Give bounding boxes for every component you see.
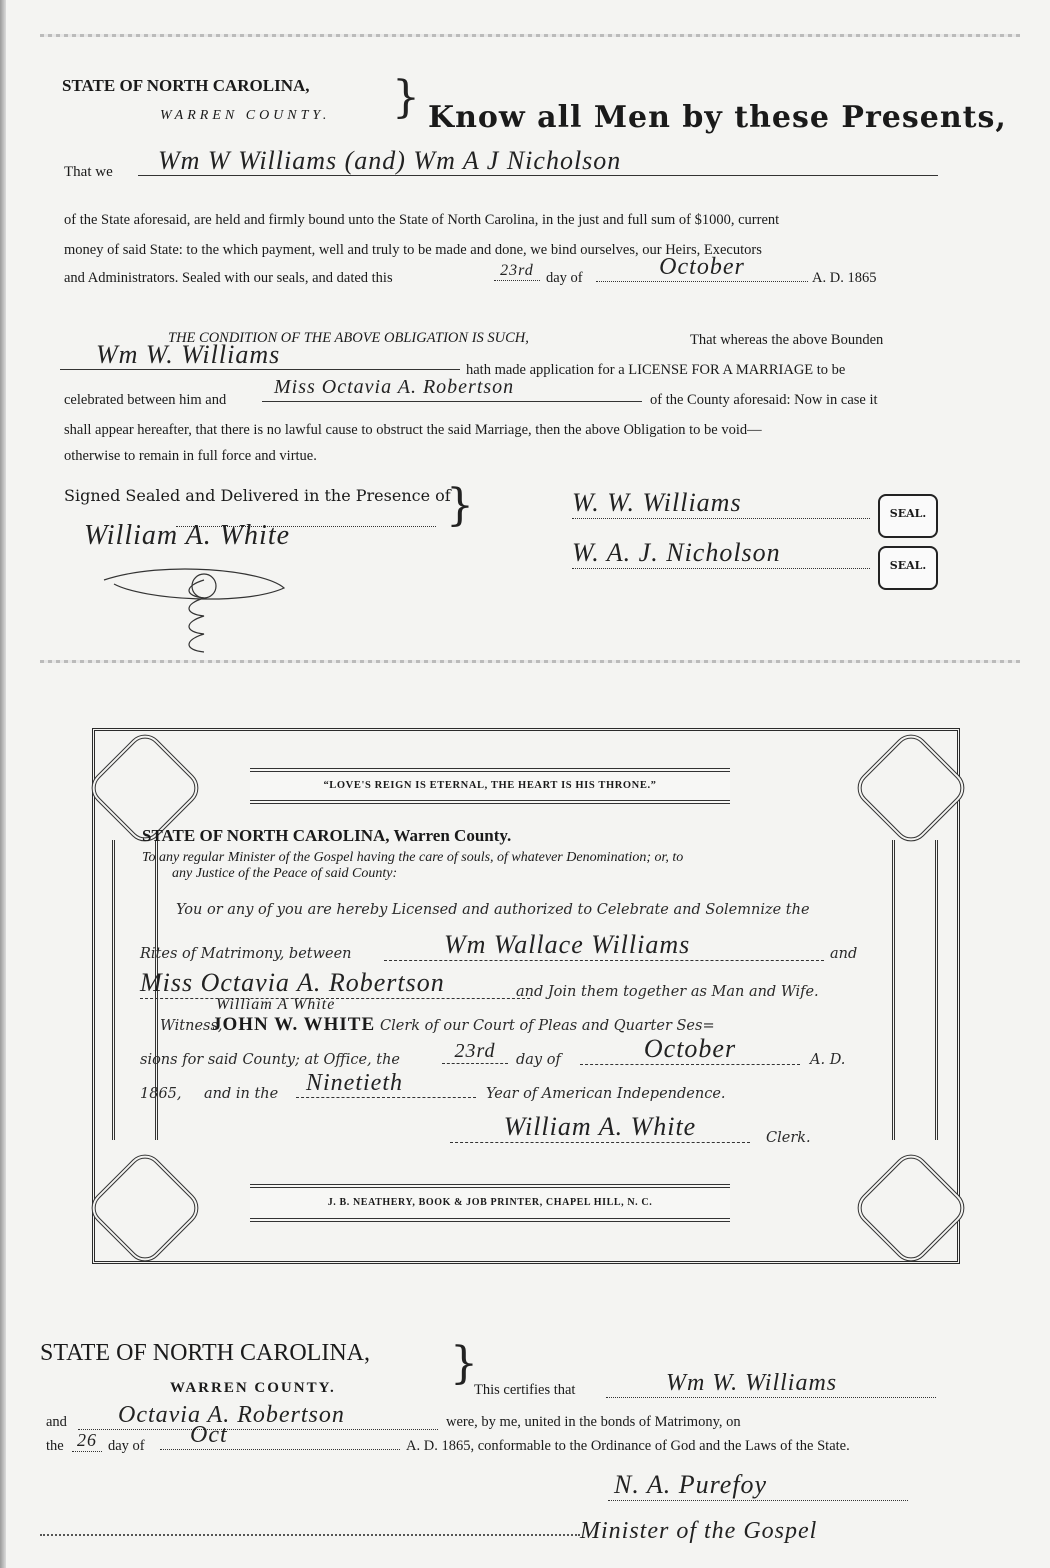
- certificate-month-field: Oct: [160, 1422, 400, 1450]
- certificate-day-field: 26: [72, 1430, 102, 1452]
- certificate-county-heading: WARREN COUNTY.: [170, 1380, 336, 1397]
- certificate-day-of-label: day of: [108, 1438, 145, 1455]
- bond-county-heading: WARREN COUNTY.: [160, 108, 330, 124]
- obligors-field: Wm W Williams (and) Wm A J Nicholson: [138, 146, 938, 176]
- bond-bride-field: Miss Octavia A. Robertson: [262, 376, 642, 402]
- bond-day-field: 23rd: [494, 262, 540, 281]
- seal-2: SEAL.: [878, 546, 938, 590]
- condition-line-4: otherwise to remain in full force and vi…: [64, 448, 317, 465]
- flourish-icon: [84, 560, 314, 660]
- bond-year: A. D. 1865: [812, 270, 876, 287]
- signature-obligor-1: W. W. Williams: [572, 488, 870, 519]
- brace-icon: }: [450, 1344, 478, 1384]
- wavy-rule: [40, 1534, 580, 1536]
- united-text: were, by me, united in the bonds of Matr…: [446, 1414, 741, 1431]
- certificate-year-text: A. D. 1865, conformable to the Ordinance…: [406, 1438, 850, 1455]
- printer-banner: J. B. NEATHERY, BOOK & JOB PRINTER, CHAP…: [250, 1184, 730, 1222]
- scan-edge: [0, 0, 6, 1568]
- brace-icon: }: [446, 486, 474, 526]
- license-day-of-label: day of: [516, 1052, 561, 1068]
- right-scroll-ornament: [892, 840, 938, 1140]
- witness-overwrite: William A White: [216, 996, 335, 1014]
- license-address-line-1: To any regular Minister of the Gospel ha…: [142, 850, 683, 866]
- applicant-field: Wm W. Williams: [60, 340, 460, 370]
- license-line-6-mid: and in the: [204, 1086, 278, 1102]
- bond-body-line-1: of the State aforesaid, are held and fir…: [64, 212, 779, 229]
- license-line-2-suffix: and: [830, 946, 857, 962]
- license-line-1: You or any of you are hereby Licensed an…: [176, 902, 810, 918]
- county-aforesaid-text: of the County aforesaid: Now in case it: [650, 392, 878, 409]
- motto-banner: “LOVE'S REIGN IS ETERNAL, THE HEART IS H…: [250, 768, 730, 804]
- license-groom-field: Wm Wallace Williams: [384, 930, 824, 961]
- license-line-4-suffix: Clerk of our Court of Pleas and Quarter …: [380, 1018, 715, 1034]
- license-line-2-prefix: Rites of Matrimony, between: [140, 946, 352, 962]
- bond-body-line-3: and Administrators. Sealed with our seal…: [64, 270, 393, 287]
- condition-tail: That whereas the above Bounden: [690, 332, 883, 349]
- license-ad-label: A. D.: [810, 1052, 845, 1068]
- certificate-state-heading: STATE OF NORTH CAROLINA,: [40, 1340, 370, 1367]
- certificate-groom-field: Wm W. Williams: [606, 1370, 936, 1398]
- seal-1: SEAL.: [878, 494, 938, 538]
- license-heading: STATE OF NORTH CAROLINA, Warren County.: [142, 826, 511, 846]
- certificate-the-label: the: [46, 1438, 64, 1455]
- page-fold-middle: [40, 660, 1020, 663]
- license-line-3-suffix: and Join them together as Man and Wife.: [516, 984, 819, 1000]
- bond-month-field: October: [596, 254, 808, 282]
- license-bride-field: Miss Octavia A. Robertson: [140, 968, 530, 999]
- officiant-title: Minister of the Gospel: [580, 1518, 817, 1545]
- page-fold-top: [40, 34, 1020, 37]
- clerk-signature: William A. White: [450, 1112, 750, 1143]
- signature-obligor-2: W. A. J. Nicholson: [572, 538, 870, 569]
- witness-signature: William A. White: [84, 520, 290, 552]
- independence-year-field: Ninetieth: [296, 1070, 476, 1098]
- license-address-line-2: any Justice of the Peace of said County:: [172, 866, 397, 882]
- license-line-5-prefix: sions for said County; at Office, the: [140, 1052, 400, 1068]
- bond-day-of-label: day of: [546, 270, 583, 287]
- officiant-signature: N. A. Purefoy: [608, 1470, 908, 1501]
- license-line-6-suffix: Year of American Independence.: [486, 1086, 726, 1102]
- condition-line-3: shall appear hereafter, that there is no…: [64, 422, 762, 439]
- brace-icon: }: [392, 78, 420, 118]
- bond-title: Know all Men by these Presents,: [428, 100, 1007, 135]
- certificate-and-label: and: [46, 1414, 67, 1431]
- license-month-field: October: [580, 1034, 800, 1065]
- that-we-label: That we: [64, 164, 113, 181]
- license-day-field: 23rd: [442, 1040, 508, 1064]
- clerk-printed-name: JOHN W. WHITE: [212, 1014, 375, 1036]
- certifies-label: This certifies that: [474, 1382, 575, 1399]
- bond-state-heading: STATE OF NORTH CAROLINA,: [62, 76, 310, 96]
- celebrated-label: celebrated between him and: [64, 392, 226, 409]
- license-year: 1865,: [140, 1086, 182, 1102]
- witness-label: Signed Sealed and Delivered in the Prese…: [64, 486, 451, 505]
- clerk-title: Clerk.: [766, 1130, 811, 1146]
